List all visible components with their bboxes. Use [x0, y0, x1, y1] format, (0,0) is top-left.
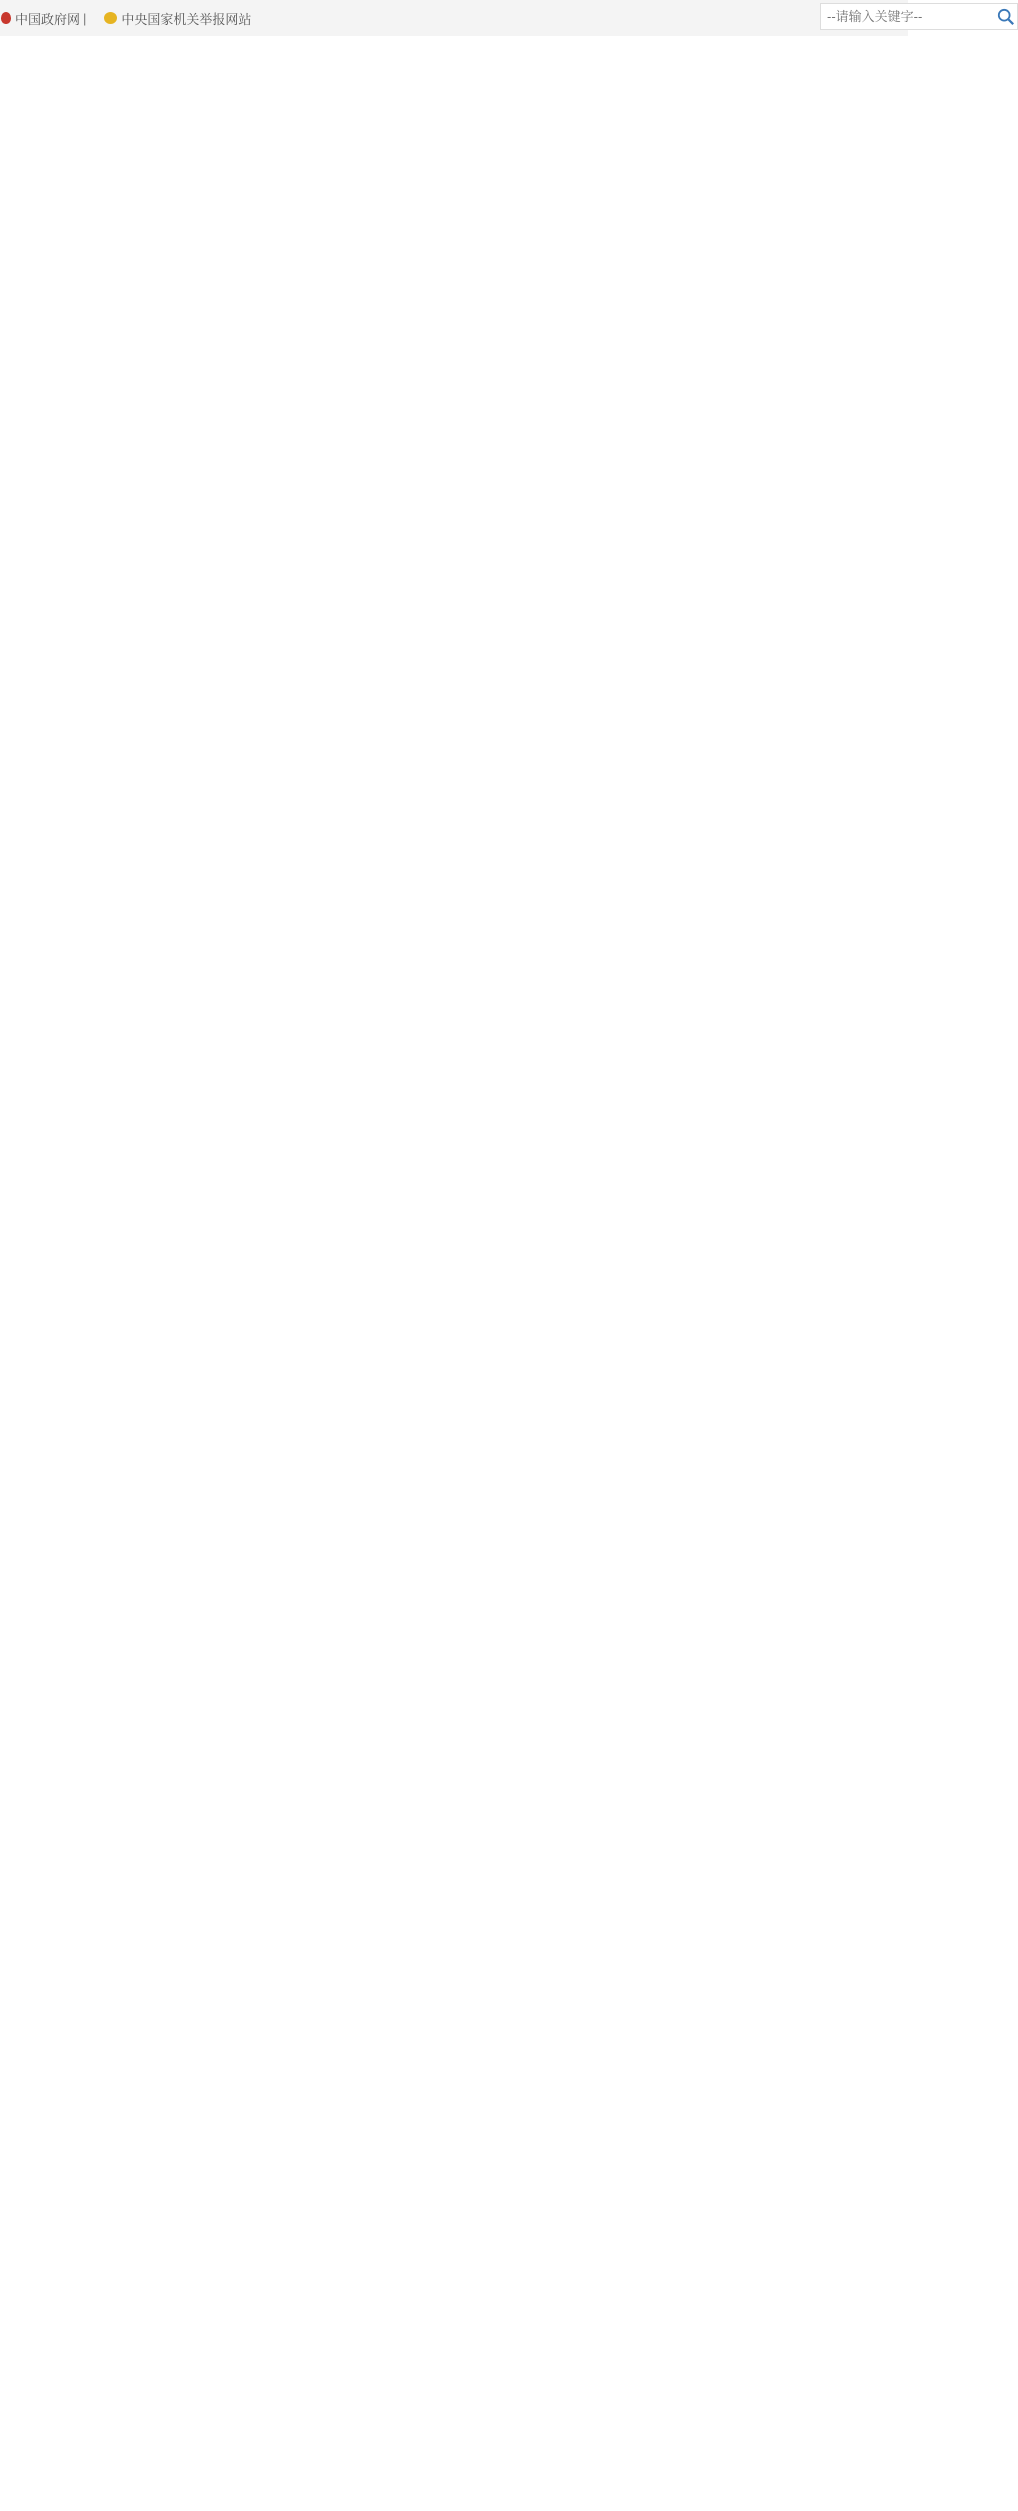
- search-icon[interactable]: [997, 8, 1015, 26]
- link-report-site-label: 中央国家机关举报网站: [121, 9, 251, 28]
- national-emblem-icon: [1, 12, 11, 24]
- top-link-separator: |: [83, 11, 86, 26]
- search-input[interactable]: [821, 9, 981, 24]
- search-box: [820, 3, 1018, 30]
- link-gov-cn-label: 中国政府网: [15, 9, 80, 28]
- link-report-site[interactable]: 中央国家机关举报网站: [90, 9, 251, 28]
- party-emblem-icon: [104, 12, 117, 24]
- top-links: 中国政府网 | 中央国家机关举报网站: [0, 0, 251, 36]
- link-gov-cn[interactable]: 中国政府网: [0, 9, 80, 28]
- top-utility-bar: 中国政府网 | 中央国家机关举报网站: [0, 0, 908, 36]
